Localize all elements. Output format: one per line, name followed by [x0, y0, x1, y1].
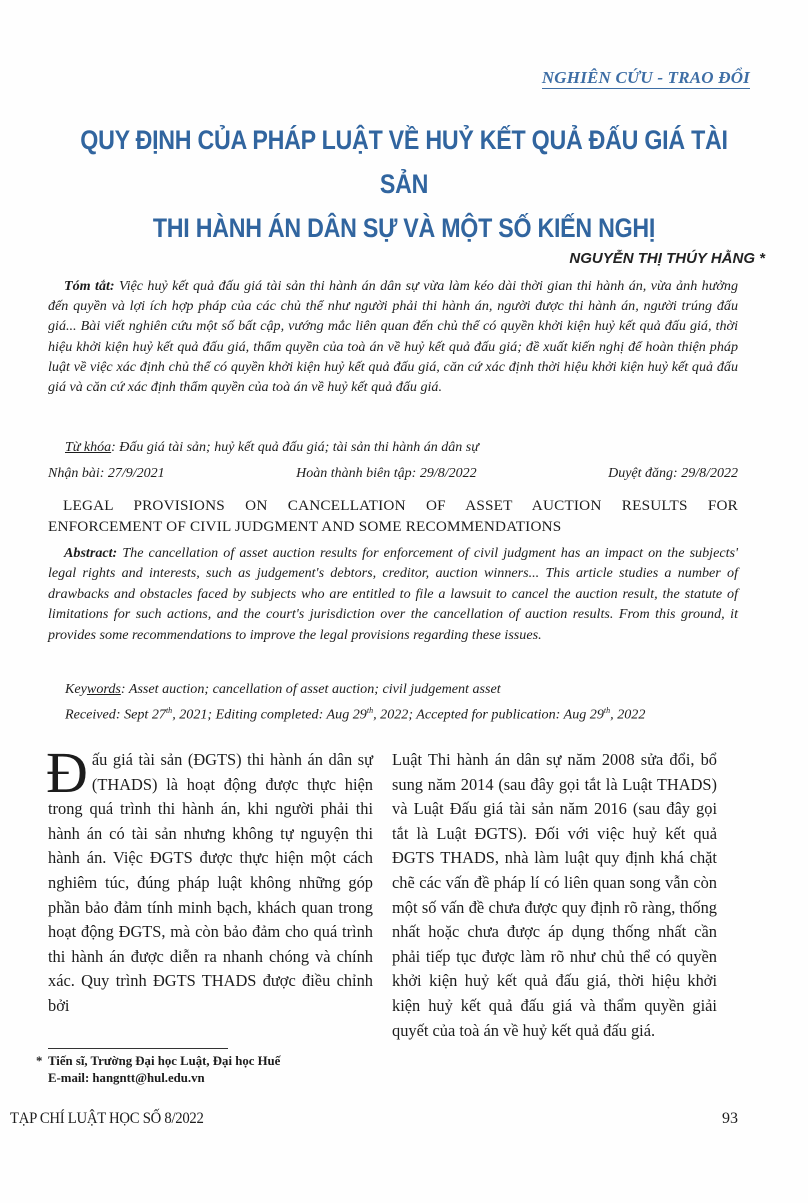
abstract-en-text: The cancellation of asset auction result…	[48, 545, 738, 643]
english-title: LEGAL PROVISIONS ON CANCELLATION OF ASSE…	[48, 495, 738, 537]
keywords-vietnamese: Từ khóa: Đấu giá tài sản; huỷ kết quả đấ…	[65, 440, 479, 456]
footnote: *Tiến sĩ, Trường Đại học Luật, Đại học H…	[36, 1053, 280, 1087]
approved-date: Duyệt đăng: 29/8/2022	[608, 466, 738, 482]
keywords-en-label-a: Key	[65, 681, 87, 697]
abstract-en-label: Abstract:	[64, 545, 117, 561]
journal-name: TẠP CHÍ LUẬT HỌC SỐ 8/2022	[10, 1110, 204, 1128]
footnote-affiliation: Tiến sĩ, Trường Đại học Luật, Đại học Hu…	[48, 1054, 280, 1068]
page-number: 93	[722, 1110, 738, 1128]
body-right-text: Luật Thi hành án dân sự năm 2008 sửa đổi…	[392, 750, 717, 1040]
author-name: NGUYỄN THỊ THÚY HẰNG *	[569, 250, 765, 267]
keywords-vi-text: : Đấu giá tài sản; huỷ kết quả đấu giá; …	[111, 440, 479, 455]
article-title: QUY ĐỊNH CỦA PHÁP LUẬT VỀ HUỶ KẾT QUẢ ĐẤ…	[57, 118, 752, 250]
section-tag: NGHIÊN CỨU - TRAO ĐỔI	[542, 68, 750, 89]
footnote-email: E-mail: hangntt@hul.edu.vn	[36, 1070, 280, 1087]
abstract-vi-text: Việc huỷ kết quả đấu giá tài sản thi hàn…	[48, 278, 738, 395]
abstract-vietnamese: Tóm tắt: Việc huỷ kết quả đấu giá tài sả…	[48, 276, 738, 397]
dates-english: Received: Sept 27th, 2021; Editing compl…	[65, 706, 645, 724]
abstract-english: Abstract: The cancellation of asset auct…	[48, 543, 738, 645]
drop-cap: Đ	[46, 750, 88, 796]
keywords-english: Keywords: Asset auction; cancellation of…	[65, 681, 501, 698]
body-left-text: ấu giá tài sản (ĐGTS) thi hành án dân sự…	[48, 750, 373, 1015]
received-en: Received: Sept 27	[65, 707, 166, 723]
article-title-line-1: QUY ĐỊNH CỦA PHÁP LUẬT VỀ HUỶ KẾT QUẢ ĐẤ…	[57, 118, 752, 206]
keywords-en-text: : Asset auction; cancellation of asset a…	[121, 681, 501, 697]
received-date: Nhận bài: 27/9/2021	[48, 466, 165, 482]
edited-en: , 2021; Editing completed: Aug 29	[172, 707, 367, 723]
body-column-left: Đấu giá tài sản (ĐGTS) thi hành án dân s…	[48, 748, 373, 1019]
footnote-divider	[48, 1048, 228, 1049]
accepted-year: , 2022	[610, 707, 645, 723]
keywords-en-label-b: words	[87, 681, 121, 697]
dates-vietnamese: Nhận bài: 27/9/2021 Hoàn thành biên tập:…	[48, 466, 738, 482]
english-title-line-1: LEGAL PROVISIONS ON CANCELLATION OF ASSE…	[48, 495, 738, 516]
english-title-line-2: ENFORCEMENT OF CIVIL JUDGMENT AND SOME R…	[48, 518, 561, 535]
article-title-line-2: THI HÀNH ÁN DÂN SỰ VÀ MỘT SỐ KIẾN NGHỊ	[57, 206, 752, 250]
abstract-vi-label: Tóm tắt:	[64, 278, 115, 294]
body-column-right: Luật Thi hành án dân sự năm 2008 sửa đổi…	[392, 748, 717, 1043]
accepted-en: , 2022; Accepted for publication: Aug 29	[373, 707, 604, 723]
edited-date: Hoàn thành biên tập: 29/8/2022	[296, 466, 476, 482]
keywords-vi-label: Từ khóa	[65, 440, 111, 455]
footnote-marker: *	[36, 1053, 48, 1070]
